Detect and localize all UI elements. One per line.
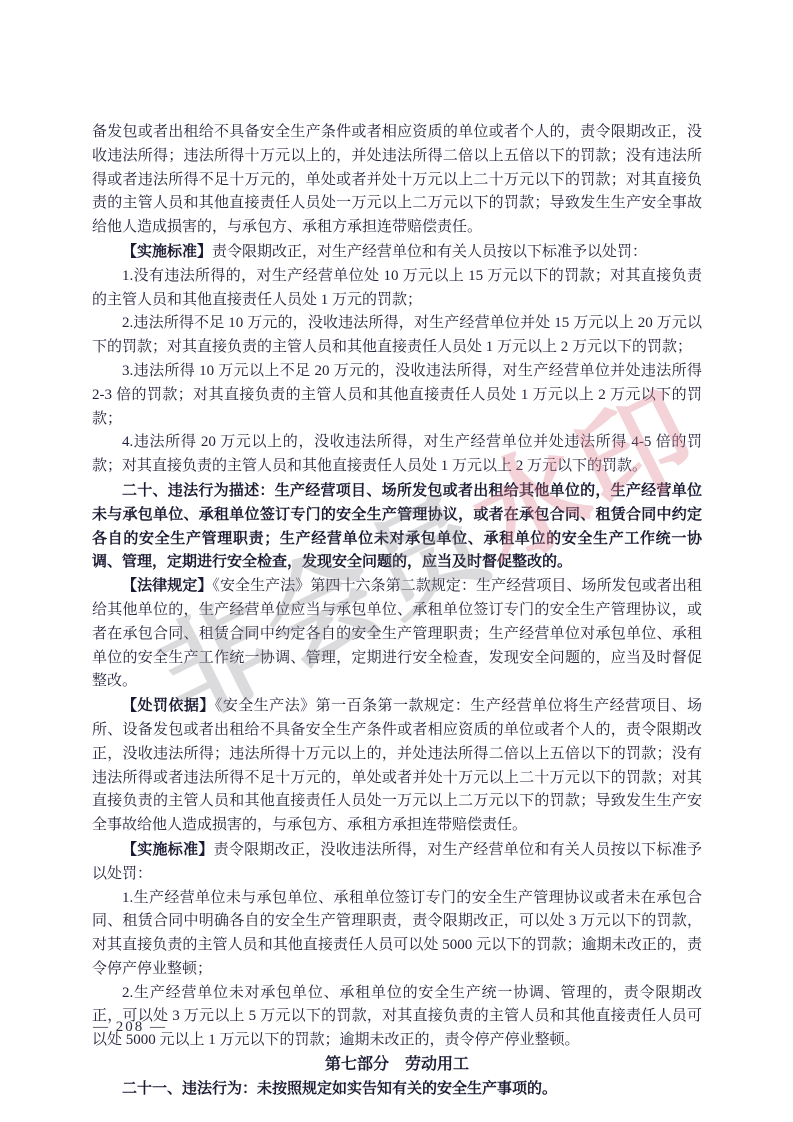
list-item-4: 4.违法所得 20 万元以上的，没收违法所得，对生产经营单位并处违法所得 4-5… (92, 431, 702, 479)
document-page: 备发包或者出租给不具备安全生产条件或者相应资质的单位或者个人的，责令限期改正，没… (0, 0, 793, 1122)
paragraph-penalty-basis: 【处罚依据】《安全生产法》第一百条第一款规定：生产经营单位将生产经营项目、场所、… (92, 694, 702, 838)
bracket-label: 【处罚依据】 (122, 697, 215, 714)
paragraph-text: 《安全生产法》第四十六条第二款规定：生产经营项目、场所发包或者出租给其他单位的，… (92, 578, 702, 689)
list-item-1: 1.没有违法所得的，对生产经营单位处 10 万元以上 15 万元以下的罚款；对其… (92, 265, 702, 313)
paragraph-implementation-standard-2: 【实施标准】责令限期改正，没收违法所得，对生产经营单位和有关人员按以下标准予以处… (92, 838, 702, 887)
bracket-label: 【实施标准】 (122, 243, 212, 260)
page-body-text: 备发包或者出租给不具备安全生产条件或者相应资质的单位或者个人的，责令限期改正，没… (92, 121, 702, 1101)
paragraph-violation-20: 二十、违法行为描述：生产经营项目、场所发包或者出租给其他单位的，生产经营单位未与… (92, 479, 702, 574)
paragraph-legal-provision: 【法律规定】《安全生产法》第四十六条第二款规定：生产经营项目、场所发包或者出租给… (92, 574, 702, 694)
list-item-5: 1.生产经营单位未与承包单位、承租单位签订专门的安全生产管理协议或者未在承包合同… (92, 887, 702, 982)
section-heading-part7: 第七部分 劳动用工 (92, 1053, 702, 1077)
list-item-6: 2.生产经营单位未对承包单位、承租单位的安全生产统一协调、管理的，责令限期改正，… (92, 982, 702, 1053)
paragraph-continuation: 备发包或者出租给不具备安全生产条件或者相应资质的单位或者个人的，责令限期改正，没… (92, 121, 702, 240)
bracket-label: 【法律规定】 (122, 577, 212, 594)
paragraph-text: 责令限期改正，对生产经营单位和有关人员按以下标准予以处罚： (212, 244, 647, 260)
paragraph-violation-21: 二十一、违法行为：未按照规定如实告知有关的安全生产事项的。 (92, 1077, 702, 1101)
paragraph-text: 《安全生产法》第一百条第一款规定：生产经营单位将生产经营项目、场所、设备发包或者… (92, 698, 702, 833)
bracket-label: 【实施标准】 (122, 841, 214, 858)
page-number: — 208 — (93, 1019, 167, 1036)
list-item-2: 2.违法所得不足 10 万元的，没收违法所得，对生产经营单位并处 15 万元以上… (92, 312, 702, 360)
list-item-3: 3.违法所得 10 万元以上不足 20 万元的，没收违法所得，对生产经营单位并处… (92, 360, 702, 431)
paragraph-implementation-standard-1: 【实施标准】责令限期改正，对生产经营单位和有关人员按以下标准予以处罚： (92, 240, 702, 265)
